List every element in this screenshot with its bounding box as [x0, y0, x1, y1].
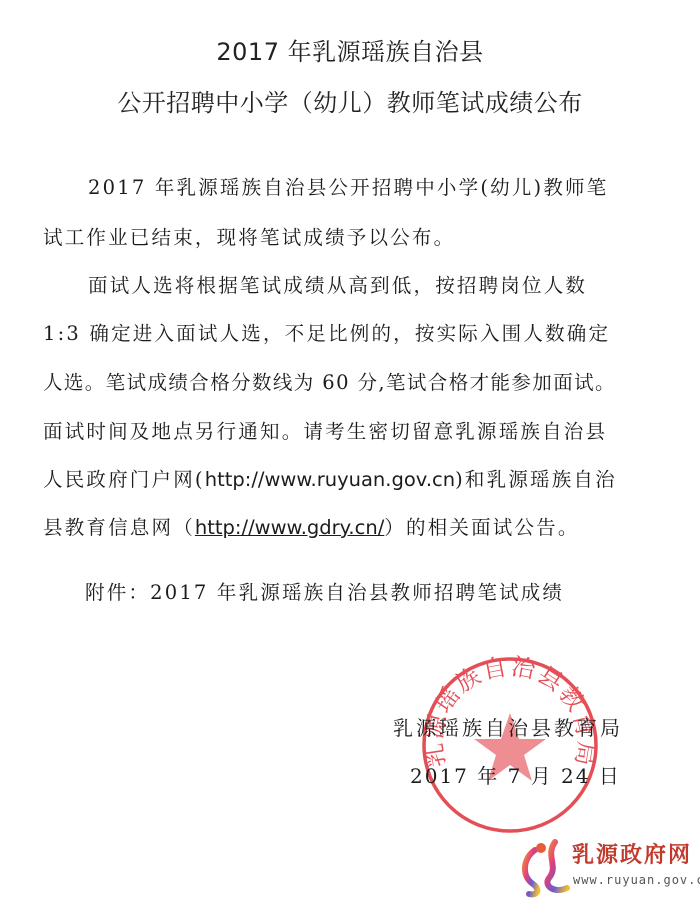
gdry-link[interactable]: http://www.gdry.cn/ — [195, 516, 384, 539]
ruyuan-gov-url: http://www.ruyuan.gov.cn — [205, 468, 455, 491]
paragraph2-line3: 人选。笔试成绩合格分数线为 60 分,笔试合格才能参加面试。 — [43, 367, 616, 395]
paragraph1-line2: 试工作业已结束，现将笔试成绩予以公布。 — [43, 222, 455, 250]
watermark-site-url: www.ruyuan.gov.cn — [573, 873, 700, 887]
line6-prefix: 县教育信息网（ — [43, 516, 195, 539]
paragraph2-line2: 1:3 确定进入面试人选，不足比例的，按实际入围人数确定 — [43, 318, 610, 346]
official-seal-stamp: 乳源瑶族自治县教育局 — [420, 655, 600, 835]
paragraph2-line4: 面试时间及地点另行通知。请考生密切留意乳源瑶族自治县 — [43, 416, 607, 444]
line5-suffix: )和乳源瑶族自治 — [455, 468, 617, 491]
document-title-line1: 2017 年乳源瑶族自治县 — [0, 32, 700, 67]
line5-prefix: 人民政府门户网( — [43, 468, 205, 491]
paragraph1-line1: 2017 年乳源瑶族自治县公开招聘中小学(幼儿)教师笔 — [88, 172, 608, 200]
line6-suffix: ）的相关面试公告。 — [384, 516, 579, 539]
paragraph2-line6: 县教育信息网（http://www.gdry.cn/）的相关面试公告。 — [43, 512, 580, 540]
document-title-line2: 公开招聘中小学（幼儿）教师笔试成绩公布 — [0, 83, 700, 118]
signature-date: 2017 年 7 月 24 日 — [410, 760, 621, 789]
paragraph2-line1: 面试人选将根据笔试成绩从高到低，按招聘岗位人数 — [88, 270, 587, 298]
paragraph2-line5: 人民政府门户网(http://www.ruyuan.gov.cn)和乳源瑶族自治 — [43, 464, 617, 492]
watermark-site-name: 乳源政府网 — [572, 838, 692, 869]
attachment-line: 附件：2017 年乳源瑶族自治县教师招聘笔试成绩 — [85, 577, 564, 605]
signature-organization: 乳源瑶族自治县教育局 — [393, 712, 623, 741]
